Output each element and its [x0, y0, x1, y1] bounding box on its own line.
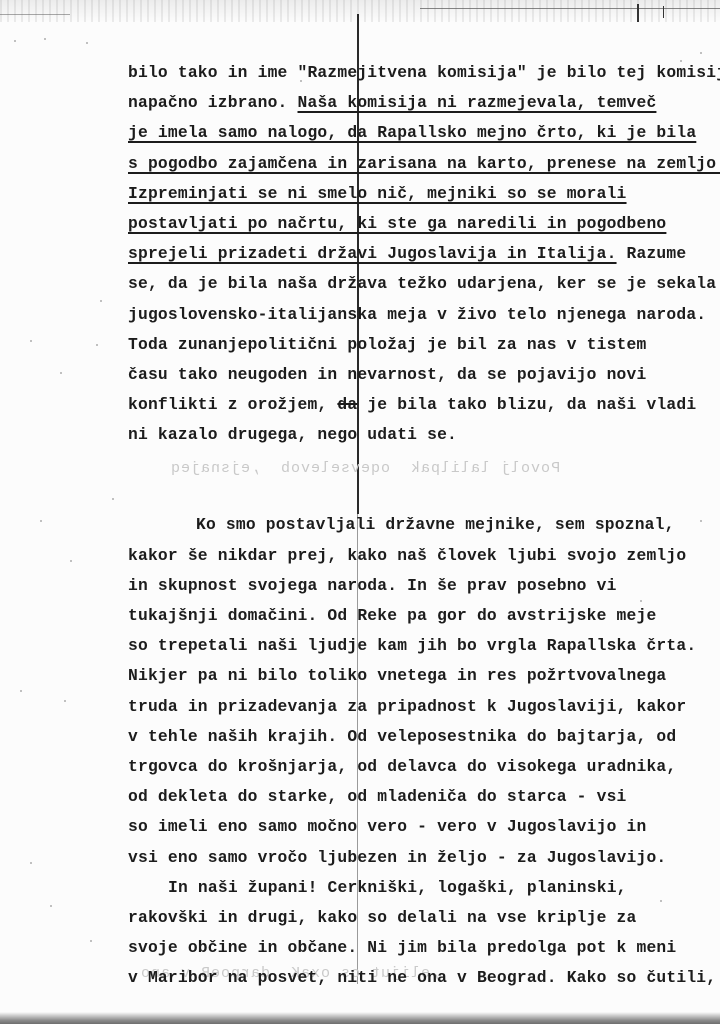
- text-segment: bilo tako in ime "Razmejitvena komisija"…: [128, 63, 720, 82]
- text-line: napačno izbrano. Naša komisija ni razmej…: [128, 92, 688, 122]
- text-line: so imeli eno samo močno vero - vero v Ju…: [128, 816, 688, 846]
- text-line: v Maribor na posvet, niti ne ona v Beogr…: [128, 967, 688, 997]
- scan-speck: [700, 52, 702, 54]
- scan-speck: [112, 498, 114, 500]
- scanner-noise-top: [0, 0, 720, 22]
- text-line: konflikti z orožjem, da je bila tako bli…: [128, 394, 688, 424]
- text-line: kakor še nikdar prej, kako naš človek lj…: [128, 545, 688, 575]
- scan-speck: [64, 700, 66, 702]
- top-edge-rule-right: [420, 8, 720, 9]
- underlined-text: je imela samo nalogo, da Rapallsko mejno…: [128, 123, 696, 142]
- text-segment: v tehle naših krajih. Od veleposestnika …: [128, 727, 676, 746]
- text-line: Izpreminjati se ni smelo nič, mejniki so…: [128, 183, 688, 213]
- top-edge-rule-left: [0, 14, 70, 15]
- text-line: jugoslovensko-italijanska meja v živo te…: [128, 304, 688, 334]
- text-segment: svoje občine in občane. Ni jim bila pred…: [128, 938, 676, 957]
- text-segment: ni kazalo drugega, nego udati se.: [128, 425, 457, 444]
- scan-speck: [40, 520, 42, 522]
- scan-speck: [14, 40, 16, 42]
- underlined-text: Naša komisija ni razmejevala, temveč: [298, 93, 657, 112]
- text-segment: so imeli eno samo močno vero - vero v Ju…: [128, 817, 646, 836]
- text-segment: In naši župani! Cerkniški, logaški, plan…: [168, 878, 627, 897]
- text-segment: in skupnost svojega naroda. In še prav p…: [128, 576, 617, 595]
- struck-text: da: [337, 395, 357, 414]
- text-line: rakovški in drugi, kako so delali na vse…: [128, 907, 688, 937]
- text-segment: Ko smo postavljali državne mejnike, sem …: [196, 515, 675, 534]
- text-line: s pogodbo zajamčena in zarisana na karto…: [128, 153, 688, 183]
- text-line: trgovca do krošnjarja, od delavca do vis…: [128, 756, 688, 786]
- top-edge-tick: [637, 4, 639, 22]
- scan-speck: [700, 520, 702, 522]
- scan-speck: [660, 900, 662, 902]
- scan-speck: [50, 905, 52, 907]
- text-segment: se, da je bila naša država težko udarjen…: [128, 274, 716, 293]
- underlined-text: s pogodbo zajamčena in zarisana na karto…: [128, 154, 720, 173]
- scan-speck: [100, 300, 102, 302]
- scan-speck: [690, 280, 692, 282]
- text-line: ni kazalo drugega, nego udati se.: [128, 424, 688, 454]
- text-line: truda in prizadevanja za pripadnost k Ju…: [128, 696, 688, 726]
- text-line: v tehle naših krajih. Od veleposestnika …: [128, 726, 688, 756]
- text-segment: so trepetali naši ljudje kam jih bo vrgl…: [128, 636, 696, 655]
- scan-speck: [640, 600, 642, 602]
- scan-speck: [96, 344, 98, 346]
- text-line: Toda zunanjepolitični položaj je bil za …: [128, 334, 688, 364]
- text-line: tukajšnji domačini. Od Reke pa gor do av…: [128, 605, 688, 635]
- scan-speck: [90, 940, 92, 942]
- text-line: sprejeli prizadeti državi Jugoslavija in…: [128, 243, 688, 273]
- text-segment: je bila tako blizu, da naši vladi: [357, 395, 696, 414]
- text-segment: od dekleta do starke, od mladeniča do st…: [128, 787, 627, 806]
- scan-speck: [30, 862, 32, 864]
- scan-speck: [20, 690, 22, 692]
- text-segment: jugoslovensko-italijanska meja v živo te…: [128, 305, 706, 324]
- scan-speck: [680, 60, 682, 62]
- scan-speck: [30, 340, 32, 342]
- text-segment: vsi eno samo vročo ljubezen in željo - z…: [128, 848, 666, 867]
- scan-speck: [44, 38, 46, 40]
- underlined-text: Izpreminjati se ni smelo nič, mejniki so…: [128, 184, 627, 203]
- text-line: vsi eno samo vročo ljubezen in željo - z…: [128, 847, 688, 877]
- text-segment: tukajšnji domačini. Od Reke pa gor do av…: [128, 606, 656, 625]
- text-line: bilo tako in ime "Razmejitvena komisija"…: [128, 62, 688, 92]
- text-segment: Razume: [617, 244, 687, 263]
- scan-speck: [60, 372, 62, 374]
- typewritten-body: bilo tako in ime "Razmejitvena komisija"…: [128, 62, 688, 997]
- document-page: Povolj lalilpak oqevselevob ,ejsnajeq ,e…: [0, 0, 720, 1024]
- text-line: postavljati po načrtu, ki ste ga naredil…: [128, 213, 688, 243]
- scan-bottom-edge: [0, 1012, 720, 1024]
- text-segment: truda in prizadevanja za pripadnost k Ju…: [128, 697, 686, 716]
- underlined-text: sprejeli prizadeti državi Jugoslavija in…: [128, 244, 617, 263]
- text-line: Ko smo postavljali državne mejnike, sem …: [128, 514, 688, 544]
- text-line: je imela samo nalogo, da Rapallsko mejno…: [128, 122, 688, 152]
- paragraph-gap: [128, 454, 688, 514]
- text-line: In naši župani! Cerkniški, logaški, plan…: [128, 877, 688, 907]
- text-segment: času tako neugoden in nevarnost, da se p…: [128, 365, 646, 384]
- text-segment: Toda zunanjepolitični položaj je bil za …: [128, 335, 646, 354]
- text-segment: kakor še nikdar prej, kako naš človek lj…: [128, 546, 686, 565]
- text-segment: rakovški in drugi, kako so delali na vse…: [128, 908, 637, 927]
- underlined-text: postavljati po načrtu, ki ste ga naredil…: [128, 214, 666, 233]
- text-line: času tako neugoden in nevarnost, da se p…: [128, 364, 688, 394]
- text-line: Nikjer pa ni bilo toliko vnetega in res …: [128, 665, 688, 695]
- scan-speck: [86, 42, 88, 44]
- text-segment: v Maribor na posvet, niti ne ona v Beogr…: [128, 968, 716, 987]
- text-segment: konflikti z orožjem,: [128, 395, 337, 414]
- scan-speck: [300, 80, 302, 82]
- text-line: svoje občine in občane. Ni jim bila pred…: [128, 937, 688, 967]
- top-edge-tick: [663, 6, 664, 18]
- text-segment: trgovca do krošnjarja, od delavca do vis…: [128, 757, 676, 776]
- text-segment: napačno izbrano.: [128, 93, 298, 112]
- text-line: se, da je bila naša država težko udarjen…: [128, 273, 688, 303]
- scan-speck: [70, 560, 72, 562]
- text-line: so trepetali naši ljudje kam jih bo vrgl…: [128, 635, 688, 665]
- text-line: in skupnost svojega naroda. In še prav p…: [128, 575, 688, 605]
- text-segment: Nikjer pa ni bilo toliko vnetega in res …: [128, 666, 666, 685]
- text-line: od dekleta do starke, od mladeniča do st…: [128, 786, 688, 816]
